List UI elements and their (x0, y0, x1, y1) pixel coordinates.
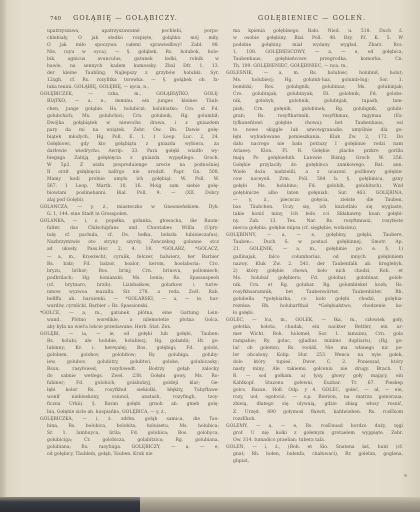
text-line: Dwójka gołąbiątek w niewoche drawa, i z … (47, 120, 219, 127)
text-line: aby była na wiel'a lokcie przedawane. He… (47, 324, 219, 331)
text-line: Sr. 1. lambuyca, lirila; Fd. golobica; B… (47, 430, 219, 437)
text-line: wonlf niebieskony, csiunol, anatash, roz… (47, 394, 219, 401)
text-line: alaj pod Golębi). (47, 197, 219, 204)
text-line: nasty miny, Ale takiemu gołceniu nie dru… (233, 366, 403, 373)
text-line: 567. 1 Leop. Marth. 10, 16. Moig sam sie… (47, 183, 219, 190)
text-line: golubiciga; Cr. golobicza, golabitzica; … (47, 437, 219, 444)
text-line: ma kpienia gołębinego. Bało. Nied. u. 51… (233, 28, 403, 35)
right-text-column: ma kpienia gołębinego. Bało. Nied. u. 51… (227, 28, 403, 465)
text-line: nik, golobyk, golobnik, golubnjak, tapas… (233, 98, 403, 105)
text-line: grab; Rs. rosyftkarnnik, rosyftkmax, mgy… (233, 113, 403, 120)
text-line: nazwy. Kluk Zw. 2. 541. der Taubenfalk a… (233, 261, 403, 268)
text-line: *GOLCE, — a, m., gatunek płótna, eine Ga… (40, 310, 219, 317)
text-line: gnat; Rh. bołen, bałenfa, chałuwaci), Rr… (233, 451, 403, 458)
text-line: Rs. holubi; ale holubie, holubiecj; Hg. … (47, 338, 219, 345)
text-line: ler obcalony. Kolip. Hur. 253. Wenca na … (233, 352, 403, 359)
text-line: biegaga Zabiją gołębięcia z gniazda wypę… (47, 155, 219, 162)
text-line: (cf. brytnaro, brzib). Lizisbaikow, gola… (47, 282, 219, 289)
text-line: lubinny; Kv. i. hereyalej; Bos. gołębigi… (47, 345, 219, 352)
text-line: Kahlkopf. Stazonu gołowni, Euzbar. Tr. 6… (233, 380, 403, 387)
text-line: chlebiały. O jak słodko rozpięte, gołąbk… (47, 35, 219, 42)
text-line: gołotka, hołota, chudak, ein nackter Bet… (233, 324, 403, 331)
text-line: Nie, (uyu w oyca), — §. gołąbek, Rs. hol… (47, 49, 219, 56)
text-line: 2) który gołębie chowa, koło nich chodzi… (233, 268, 403, 275)
text-line: GOLĘBI, — ia, — ie, od gołębi lub gołębi… (40, 331, 219, 338)
text-line: biątek młodych. Hg. Poll. E. 1. 1 Leop. … (47, 134, 219, 141)
text-line: nmow wyzwoa mazalla. Sir. 278. a roda. Z… (47, 289, 219, 296)
text-line: golubchich; Ms. golubchici; Crn. golubei… (47, 113, 219, 120)
text-line: Wiele dożu nadzielili, a z ucazoni poślk… (233, 169, 403, 176)
text-line: ny. Zab. 13. Tex. Nar. Rs. rosyftmnaxi, … (233, 218, 403, 225)
text-line: 1, 108. GOLĘBIESCOWY, — a, — e, od gołęb… (233, 49, 403, 56)
left-text-column: upatrzyszawa, upatrzyszawamé pochlebi, p… (41, 28, 219, 458)
text-line: GOLEMY, — a, — e, Rs. rosEnuad bordzo du… (226, 423, 403, 430)
text-line: gołębinicze albo łaten gołęniah. Sur. 46… (233, 190, 403, 197)
text-line: reznlea. Rh. holubarfthal *Gołębiałstwo,… (233, 303, 403, 310)
text-line: bawie, na sennych kadem kumossky. Zbal D… (47, 63, 219, 70)
text-line: rosyfkhsaramnik; bet Taubenwärter, Taube… (233, 289, 403, 296)
text-line: podobie gołębiny, miał wydany wygład, Zb… (233, 42, 403, 49)
text-line: fabiner; Fd. golobich, golabidzyj, golde… (47, 380, 219, 387)
text-line: — a, m., Kroeżecht, cyrulik, felczer, ba… (47, 254, 219, 261)
text-line: mają Po gołębiedutk Łatowie Biśnig. Groc… (233, 155, 403, 162)
text-line: pary da mi na wziątek. Zebr. Ow. Bn. Daw… (47, 127, 219, 134)
text-line: gallinajak, falco columbarius, od innych… (233, 254, 403, 261)
text-line: Ż. Urzęd. 890 gołymosi fłaiwit, kahlwieb… (233, 409, 403, 416)
text-line: wardiw, cyrnlicki, Barbier :: Rs. Spassi… (47, 303, 219, 310)
text-line: GOŁĘBICZEK, — czka, m., GOŁĄBIĄTKO, GOŁĘ… (40, 91, 219, 98)
scan-bottom-edge (0, 497, 420, 512)
text-line: dału nacrego nie bała potrazy I gołębini… (233, 141, 403, 148)
left-running-head: GOŁĄBIĘ — GOŁĄBICZY. (73, 14, 178, 22)
text-line: W 5p2. Z uszła prepreduienge arecie na p… (47, 162, 219, 169)
text-line: der kleine Taubling. Najlepszy z grzybów… (47, 70, 219, 77)
text-line: falter, das Chilschipfans und Chwstabes … (47, 225, 219, 232)
text-line: — y, ż., piecsczo gołęcia, zielste die T… (233, 197, 403, 204)
text-line: takie koniś miny, Ich łedo cci Skłakawny… (233, 211, 403, 218)
text-line: dolo który tupieś. Dwor. C. 2. Ponieszał… (233, 359, 403, 366)
text-line: pish; Crn. gołęnik, golobinek; Rg. golub… (233, 106, 403, 113)
text-line: GOLEŚNIK, — a, m. Rs. holubiec, holubnił… (226, 70, 403, 77)
text-line: łębi kolor Rs. rosyfkhuł siekiolki, błęk… (47, 387, 219, 394)
text-line: mer Wicht. Boh. holomeł; Sor. 1. lamuinu… (233, 331, 403, 338)
text-line: rozzEkoh. (233, 416, 403, 423)
text-line: Gołębie przylaciły do gołębinca zamkoweg… (233, 162, 403, 169)
text-line: Gołębiowi, gdy kto gołąbiątu z gniazda w… (47, 141, 219, 148)
text-line: upatrzyszawa, upatrzyszawamé pochlebi, p… (47, 28, 219, 35)
text-line: nik. Crn. et Rg. golubar. Rg. golumbleke… (233, 282, 403, 289)
text-line: luka tenini. GOŁĄBIĘ, GOŁĘBIĘ, — ięcia, … (47, 84, 219, 91)
text-line: zbieią, dłatego się ulywaią, gdzie zbiag… (233, 401, 403, 408)
text-line: niecca gołębia. gołębie mipsa (cf. sięgł… (233, 225, 403, 232)
text-line: lać ob golemn). Rs. rooláš. Nie ma włane… (233, 345, 403, 352)
text-line: golubella *gołębiarka, co koło gołębi ch… (233, 296, 403, 303)
text-line: Rs. bałz; Fd. balzor, hoalor, kerom, hoo… (47, 261, 219, 268)
text-line: Ariaeey. Klon. Fl. R. Gołębie placke prz… (233, 148, 403, 155)
text-line: iew, golubov, golubitry, golubtwi, golob… (47, 359, 219, 366)
text-line: G. 1, 144. eine Stadt in Grosspolen. (47, 211, 219, 218)
text-line: O jak miło spoczywa całemi sprawiedliwy!… (47, 42, 219, 49)
text-line: łębi wybudowane pomieszkania. Kluk Zw. 2… (233, 134, 403, 141)
text-line: biowlani poslinebanni. Bial. Poll. 9. — … (47, 190, 219, 197)
text-line: w osobie gołębiny. Biał. Poll. 48. Bzy. … (233, 35, 403, 42)
text-line: GOLĘBINNY, — a, — e, gołębiny, gołębi, T… (226, 232, 403, 239)
text-line: Ow. 314. tumadico praelian: tubera tala. (233, 437, 403, 444)
text-line: Tauben::. Duch S. w postaci gołębinnej. … (233, 239, 403, 246)
text-line: bomlnki; Bos. golubgnik, golubinaz; Ms. … (233, 84, 403, 91)
text-line: GOLANCZA, — y, ż., miasteczko w Gnesnień… (40, 204, 219, 211)
text-line: gołębi Ms. holubino; Fd. golobih, golobi… (233, 183, 403, 190)
text-line: bia, Gołębie sicle ab. kuspiańko, GOLĘBI… (47, 409, 219, 416)
text-line: Th. 109. GOLĘBIENIEC, GOŁĘBINIEC, — nca,… (233, 63, 403, 70)
text-line: tyfkaneńtowi gołębie chowa); bet Taubenh… (233, 120, 403, 127)
text-line: ło gołębi. (233, 310, 403, 317)
text-line: 21. GOLĘNIK, — a, m., gołębinie po. e. §… (233, 246, 403, 253)
text-line: GOLEC, — lca, m., GOLEK, — łka, m., czło… (226, 317, 403, 324)
text-line: bas Täubchen. Uczy się, ich kaziotlalo s… (233, 204, 403, 211)
text-line: Mamy kodi prolnie umyło ich gołębiąt. W.… (47, 176, 219, 183)
text-line: bik, agnicus avunculus, gatunek ledki, r… (47, 56, 219, 63)
text-line: chen, junge gołąbie. Hs. holubiczi; holu… (47, 106, 219, 113)
text-line: golobem, golobov, golobitow; Ry. golubig… (47, 352, 219, 359)
page-binding-edge (0, 0, 6, 500)
text-line: do sabnie wetlegs. Zwel. 238. Gołębi gow… (47, 373, 219, 380)
text-line: BIĄTKO, — a, n., deminu. ein junges klei… (47, 98, 219, 105)
text-line: cow naceyeil. Zrm. Poll. 584 b. §. gołęb… (233, 176, 403, 183)
scanned-page: 740 GOŁĄBIĘ — GOŁĄBICZY. GOŁĘBIENIEC — G… (0, 0, 420, 500)
text-line: wand. Plótno worelikie, a nilemotetie pł… (47, 317, 219, 324)
text-line: tulę cf. pachuła, cf. Ds. bełka, belszla… (47, 232, 219, 239)
right-running-head: GOŁĘBIENIEC — GOLEŃ. (258, 14, 366, 22)
text-line: bina, Rs. bolobica, bolobita, holuisetu,… (47, 423, 219, 430)
text-line: ficzna Urkii). §. Baran gołębi grnob ab.… (47, 401, 219, 408)
text-line: 12xgh. cf. Rs. rozyfitka torowka. — §. g… (47, 77, 219, 84)
text-line: Cro. golubinjak, golubinyak; Dl. golobni… (233, 91, 403, 98)
text-line: Ms. holubiecj; Hg. golumb-haz, golumb-lu… (233, 77, 403, 84)
text-line: Ms. holubaf gołębiera; Fd. golobar, golo… (233, 275, 403, 282)
text-line: Taubenhaus, gołębieńcowe przegrodka, kom… (233, 56, 403, 63)
paper-stain (404, 474, 407, 477)
text-line: rozy, uoł, ogołoció, — s.p. Bierzon, na … (233, 394, 403, 401)
text-line: golcs. Bazan. Hołl. Odp. y 4. GOLEC, goł… (233, 387, 403, 394)
page-number: 740 (50, 16, 70, 22)
text-line: Nazbrzymtwie oto stryny szyrdy, Zenczebo… (47, 239, 219, 246)
text-line: Rsuu, rasyfowed, rozyfowedt. Bodrzy gołą… (47, 366, 219, 373)
text-line: bellffa ab. baruienki. — *GOLARSKI, — a,… (47, 296, 219, 303)
text-line: GOLĘBICZKA, — i, ż. zdrbn. gołąb samica,… (40, 416, 219, 423)
text-line: bryzu, brihor; Bos. brinj; Crn. brinova,… (47, 268, 219, 275)
text-line: podbrilach; Hg. bonianski; Ms. bonia; Rs… (47, 275, 219, 282)
text-line: ad ukosły. Pass.Hor. 2, 4. 18. *GOLARZ, … (47, 246, 219, 253)
text-line: Ił orził gołębięcia nallrgo nie urodził.… (47, 169, 219, 176)
text-line: GOLEŃ, — i, ż., (Boh. et Slo. Śnatena ła… (226, 444, 403, 451)
text-line: darłowie wiedrycho. Awrip. 33. Para gołę… (47, 148, 219, 155)
text-line: B. — sod gołkam. a) łysy, głowy goły maj… (233, 373, 403, 380)
text-line: od gołębicy, Täublein, gołąb, Tauben. Kr… (47, 451, 219, 458)
text-line: rampahie; Ry. golac, (gladius minimo dup… (233, 338, 403, 345)
text-line: grof. U nię kolki z gołemym grotaelem wy… (233, 430, 403, 437)
running-head-left: 740 GOŁĄBIĘ — GOŁĄBICZY. (50, 14, 218, 26)
running-head-right: GOŁĘBIENIEC — GOLEŃ. (258, 14, 398, 26)
text-line: GOLANKA, — i, z. popełka, gołanka, głowa… (40, 218, 219, 225)
text-line: golubiana; Rs. rasyfuiga. GOLĘBICZY, — a… (47, 444, 219, 451)
text-line: glipiat, (233, 458, 403, 465)
text-line: to nowe skiggle lub szwowgranadie, umyśl… (233, 127, 403, 134)
